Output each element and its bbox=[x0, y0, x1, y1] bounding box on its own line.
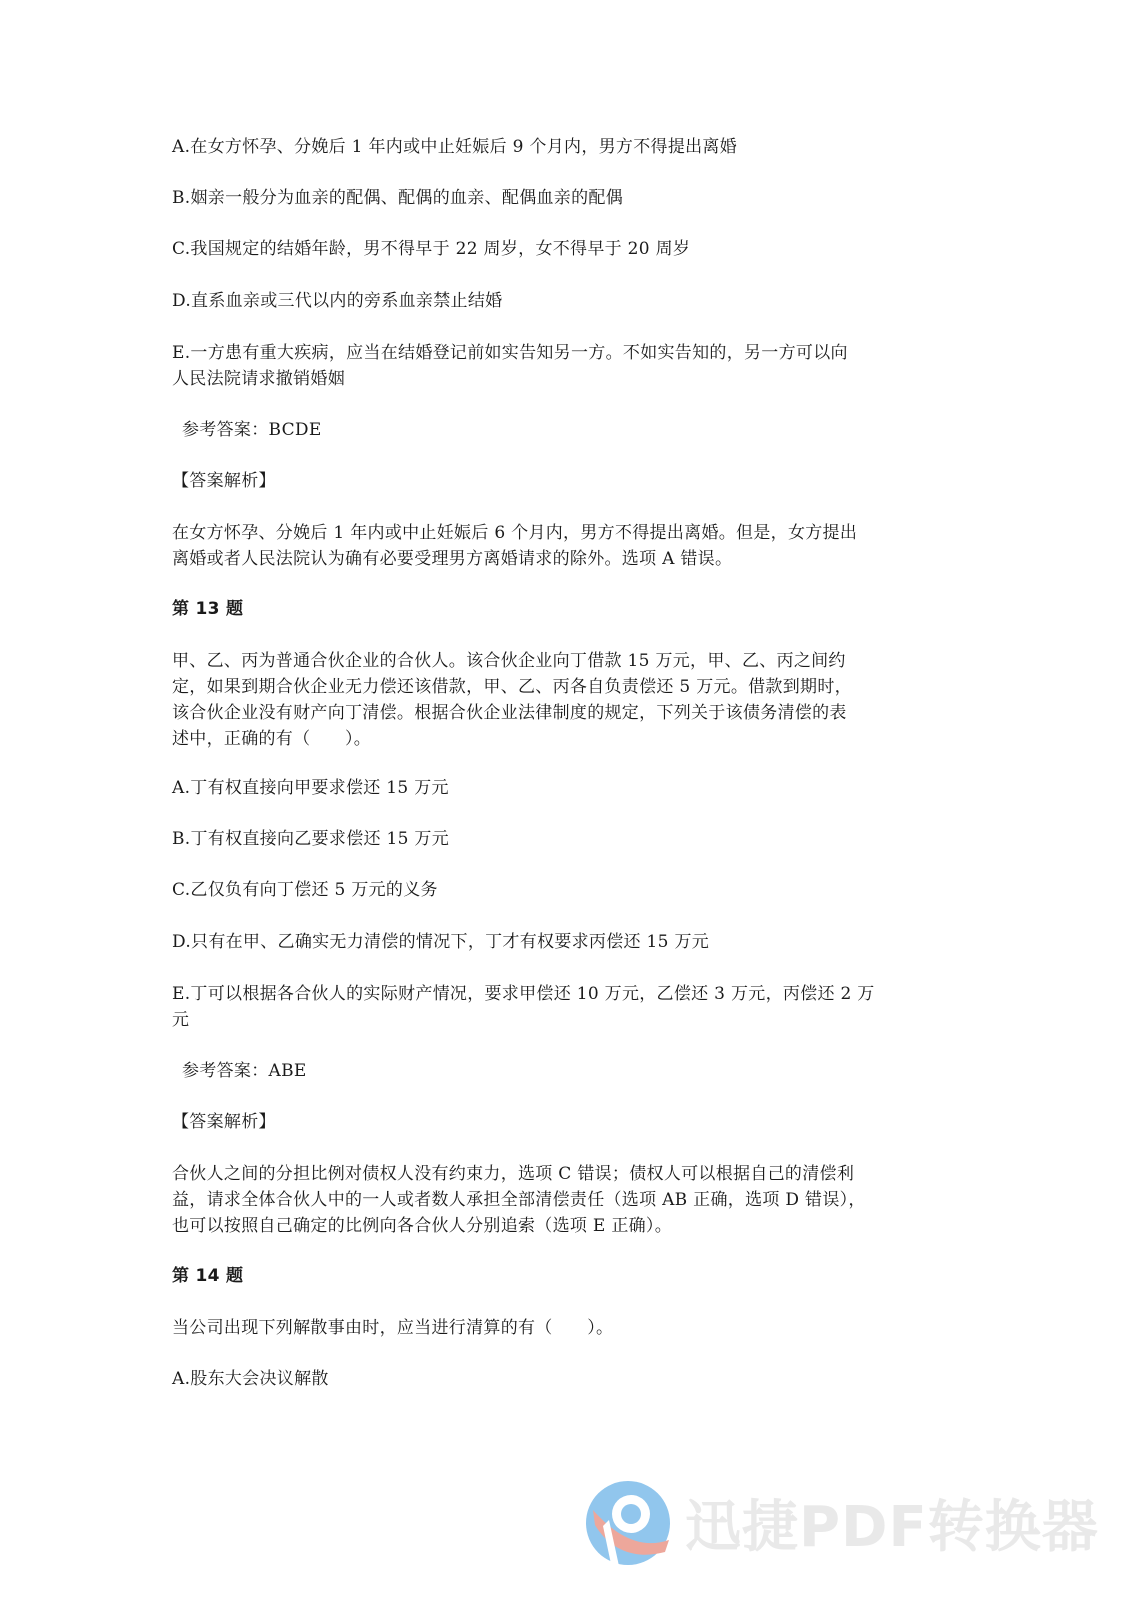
q12-option-b: B.姻亲一般分为血亲的配偶、配偶的血亲、配偶血亲的配偶 bbox=[172, 185, 962, 211]
q13-analysis: 合伙人之间的分担比例对债权人没有约束力，选项 C 错误；债权人可以根据自己的清偿… bbox=[172, 1161, 962, 1239]
q13-option-d: D.只有在甲、乙确实无力清偿的情况下，丁才有权要求丙偿还 15 万元 bbox=[172, 929, 962, 955]
q12-option-d: D.直系血亲或三代以内的旁系血亲禁止结婚 bbox=[172, 288, 962, 314]
q12-option-a: A.在女方怀孕、分娩后 1 年内或中止妊娠后 9 个月内，男方不得提出离婚 bbox=[172, 134, 962, 160]
q13-analysis-line: 也可以按照自己确定的比例向各合伙人分别追索（选项 E 正确）。 bbox=[172, 1213, 962, 1239]
q13-option-e-line: E.丁可以根据各合伙人的实际财产情况，要求甲偿还 10 万元，乙偿还 3 万元，… bbox=[172, 981, 962, 1007]
watermark-text: 迅捷PDF转换器 bbox=[685, 1483, 1099, 1563]
q12-analysis-label: 【答案解析】 bbox=[172, 468, 962, 494]
q12-option-e-line: 人民法院请求撤销婚姻 bbox=[172, 366, 962, 392]
q12-option-e: E.一方患有重大疾病，应当在结婚登记前如实告知另一方。不如实告知的，另一方可以向… bbox=[172, 340, 962, 392]
q13-stem: 甲、乙、丙为普通合伙企业的合伙人。该合伙企业向丁借款 15 万元，甲、乙、丙之间… bbox=[172, 648, 962, 752]
q14-stem: 当公司出现下列解散事由时，应当进行清算的有（ ）。 bbox=[172, 1315, 962, 1341]
q12-option-c: C.我国规定的结婚年龄，男不得早于 22 周岁，女不得早于 20 周岁 bbox=[172, 236, 962, 262]
q13-stem-line: 该合伙企业没有财产向丁清偿。根据合伙企业法律制度的规定，下列关于该债务清偿的表 bbox=[172, 700, 962, 726]
q13-title: 第 13 题 bbox=[172, 596, 962, 622]
q12-analysis: 在女方怀孕、分娩后 1 年内或中止妊娠后 6 个月内，男方不得提出离婚。但是，女… bbox=[172, 520, 962, 572]
q13-analysis-line: 合伙人之间的分担比例对债权人没有约束力，选项 C 错误；债权人可以根据自己的清偿… bbox=[172, 1161, 962, 1187]
watermark: 迅捷PDF转换器 bbox=[585, 1478, 1105, 1568]
q13-stem-line: 甲、乙、丙为普通合伙企业的合伙人。该合伙企业向丁借款 15 万元，甲、乙、丙之间… bbox=[172, 648, 962, 674]
q13-option-c: C.乙仅负有向丁偿还 5 万元的义务 bbox=[172, 877, 962, 903]
q13-stem-line: 定，如果到期合伙企业无力偿还该借款，甲、乙、丙各自负责偿还 5 万元。借款到期时… bbox=[172, 674, 962, 700]
q13-stem-line: 述中，正确的有（ ）。 bbox=[172, 726, 962, 752]
document-page: A.在女方怀孕、分娩后 1 年内或中止妊娠后 9 个月内，男方不得提出离婚 B.… bbox=[0, 0, 1131, 1600]
q13-option-e-line: 元 bbox=[172, 1007, 962, 1033]
q13-analysis-line: 益，请求全体合伙人中的一人或者数人承担全部清偿责任（选项 AB 正确，选项 D … bbox=[172, 1187, 962, 1213]
q12-analysis-line: 离婚或者人民法院认为确有必要受理男方离婚请求的除外。选项 A 错误。 bbox=[172, 546, 962, 572]
q13-option-e: E.丁可以根据各合伙人的实际财产情况，要求甲偿还 10 万元，乙偿还 3 万元，… bbox=[172, 981, 962, 1033]
q14-title: 第 14 题 bbox=[172, 1263, 962, 1289]
q13-option-b: B.丁有权直接向乙要求偿还 15 万元 bbox=[172, 826, 962, 852]
q13-option-a: A.丁有权直接向甲要求偿还 15 万元 bbox=[172, 775, 962, 801]
q12-analysis-line: 在女方怀孕、分娩后 1 年内或中止妊娠后 6 个月内，男方不得提出离婚。但是，女… bbox=[172, 520, 962, 546]
q12-answer: 参考答案：BCDE bbox=[182, 417, 972, 443]
q14-option-a: A.股东大会决议解散 bbox=[172, 1366, 962, 1392]
q12-option-e-line: E.一方患有重大疾病，应当在结婚登记前如实告知另一方。不如实告知的，另一方可以向 bbox=[172, 340, 962, 366]
q13-analysis-label: 【答案解析】 bbox=[172, 1109, 962, 1135]
xunjie-pdf-logo-icon bbox=[585, 1480, 671, 1566]
q13-answer: 参考答案：ABE bbox=[182, 1058, 972, 1084]
